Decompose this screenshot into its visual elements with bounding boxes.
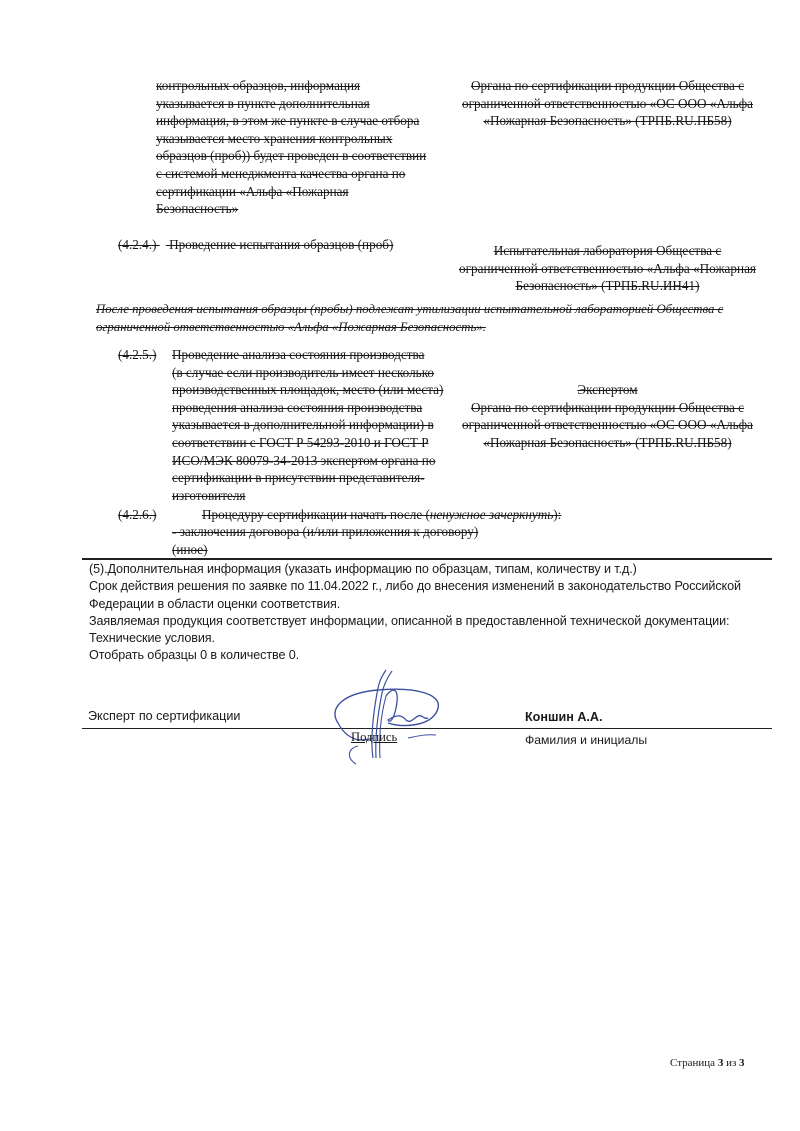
item-4-2-5-responsible: Экспертом Органа по сертификации продукц…: [450, 381, 765, 451]
item-4-2-5-text: Проведение анализа состояния производств…: [172, 346, 437, 504]
section-5-title: (5).Дополнительная информация (указать и…: [89, 561, 779, 578]
page-current: 3: [718, 1057, 724, 1069]
text-line: указывается в дополнительной информации)…: [172, 416, 437, 434]
text-line: «Пожарная Безопасность» (ТРПБ.RU.ПБ58): [450, 112, 765, 130]
item-text: Процедуру сертификации начать после (: [202, 507, 430, 522]
text-line: производственных площадок, место (или ме…: [172, 381, 437, 399]
section-divider: [82, 558, 772, 560]
item-4-2-6-number: (4.2.6.): [118, 506, 156, 524]
text-line: указывается в пункте дополнительная: [156, 95, 446, 113]
section-5: (5).Дополнительная информация (указать и…: [89, 561, 779, 665]
page-prefix: Страница: [670, 1057, 715, 1069]
text-line: ограниченной ответственностью «Альфа «По…: [450, 260, 765, 278]
text-line: контрольных образцов, информация: [156, 77, 446, 95]
text-line: ИСО/МЭК 80079-34-2013 экспертом органа п…: [172, 452, 437, 470]
item-4-2-6-options: - заключения договора (и/или приложения …: [172, 523, 478, 558]
text-line: Безопасность»: [156, 200, 446, 218]
text-line: Заявляемая продукция соответствует инфор…: [89, 613, 779, 630]
item-4-2-4: (4.2.4.) Проведение испытания образцов (…: [118, 236, 438, 254]
text-line: Проведение анализа состояния производств…: [172, 346, 437, 364]
text-line: сертификации «Альфа «Пожарная: [156, 183, 446, 201]
text-line: Отобрать образцы 0 в количестве 0.: [89, 647, 779, 664]
text-line: соответствии с ГОСТ Р 54293-2010 и ГОСТ …: [172, 434, 437, 452]
text-line: Срок действия решения по заявке по 11.04…: [89, 578, 779, 595]
page-total: 3: [739, 1057, 745, 1069]
text-line: ограниченной ответственностью «ОС ООО «А…: [450, 95, 765, 113]
text-line: Испытательная лаборатория Общества с: [450, 242, 765, 260]
page-number: Страница 3 из 3: [670, 1057, 745, 1069]
item-text-end: ):: [553, 507, 561, 522]
text-line: изготовителя: [172, 487, 437, 505]
signer-name-label: Фамилия и инициалы: [525, 733, 647, 747]
item-text-italic: ненужное зачеркнуть: [430, 507, 553, 522]
option-line: - заключения договора (и/или приложения …: [172, 523, 478, 541]
signer-role: Эксперт по сертификации: [88, 709, 240, 723]
text-line: Технические условия.: [89, 630, 779, 647]
text-line: После проведения испытания образцы (проб…: [96, 301, 776, 319]
item-4-2-6-text: Процедуру сертификации начать после (нен…: [202, 506, 561, 524]
note-after-test: После проведения испытания образцы (проб…: [96, 301, 776, 336]
signer-name: Коншин А.А.: [525, 710, 603, 724]
item-number: (4.2.4.): [118, 237, 156, 252]
signature-label: Подпись: [351, 730, 397, 745]
option-line: (иное): [172, 541, 478, 559]
text-line: информация, в этом же пункте в случае от…: [156, 112, 446, 130]
signature-icon: [318, 668, 468, 768]
item-4-2-3-responsible: Органа по сертификации продукции Обществ…: [450, 77, 765, 130]
item-4-2-4-responsible: Испытательная лаборатория Общества с огр…: [450, 242, 765, 295]
item-4-2-5-number: (4.2.5.): [118, 346, 156, 364]
text-line: образцов (проб)) будет проведен в соотве…: [156, 147, 446, 165]
text-line: Экспертом: [450, 381, 765, 399]
text-line: проведения анализа состояния производств…: [172, 399, 437, 417]
text-line: Органа по сертификации продукции Обществ…: [450, 399, 765, 417]
text-line: Федерации в области оценки соответствия.: [89, 596, 779, 613]
text-line: указывается место хранения контрольных: [156, 130, 446, 148]
text-line: (в случае если производитель имеет неско…: [172, 364, 437, 382]
item-text: Проведение испытания образцов (проб): [169, 237, 393, 252]
text-line: ограниченной ответственностью «Альфа «По…: [96, 319, 776, 337]
text-line: Органа по сертификации продукции Обществ…: [450, 77, 765, 95]
page-separator: из: [726, 1057, 736, 1069]
text-line: Безопасность» (ТРПБ.RU.ИН41): [450, 277, 765, 295]
item-4-2-3-left-text: контрольных образцов, информация указыва…: [156, 77, 446, 218]
text-line: ограниченной ответственностью «ОС ООО «А…: [450, 416, 765, 434]
text-line: «Пожарная Безопасность» (ТРПБ.RU.ПБ58): [450, 434, 765, 452]
text-line: с системой менеджмента качества органа п…: [156, 165, 446, 183]
text-line: сертификации в присутствии представителя…: [172, 469, 437, 487]
